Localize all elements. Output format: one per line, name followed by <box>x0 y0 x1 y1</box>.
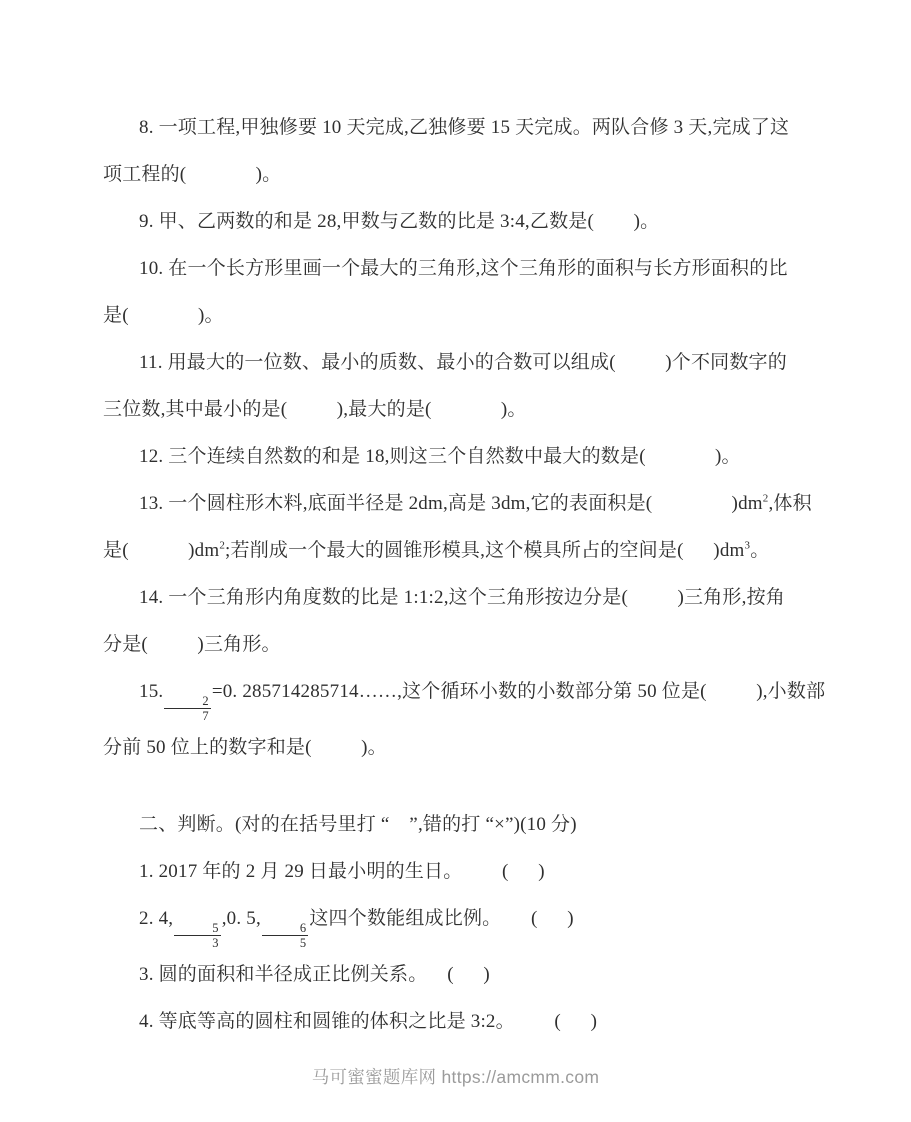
fraction-numerator: 6 <box>262 921 308 936</box>
question-13-text: 13. 一个圆柱形木料,底面半径是 2dm,高是 3dm,它的表面积是( )dm <box>139 493 763 514</box>
question-12: 12. 三个连续自然数的和是 18,则这三个自然数中最大的数是( )。 <box>103 433 833 480</box>
question-8-line-1: 8. 一项工程,甲独修要 10 天完成,乙独修要 15 天完成。两队合修 3 天… <box>103 104 833 151</box>
section-2-header: 二、判断。(对的在括号里打 “ ”,错的打 “×”)(10 分) <box>103 801 833 848</box>
question-9: 9. 甲、乙两数的和是 28,甲数与乙数的比是 3:4,乙数是( )。 <box>103 198 833 245</box>
question-13-text: ;若削成一个最大的圆锥形模具,这个模具所占的空间是( )dm <box>225 540 744 561</box>
judge-item-1: 1. 2017 年的 2 月 29 日最小明的生日。 ( ) <box>103 848 833 895</box>
fraction-denominator: 5 <box>262 936 308 950</box>
fraction-six-fifths: 65 <box>262 921 308 951</box>
question-11-line-2: 三位数,其中最小的是( ),最大的是( )。 <box>103 386 833 433</box>
fraction-denominator: 3 <box>174 936 220 950</box>
question-10-line-2: 是( )。 <box>103 292 833 339</box>
question-11-line-1: 11. 用最大的一位数、最小的质数、最小的合数可以组成( )个不同数字的 <box>103 339 833 386</box>
question-15-number: 15. <box>139 681 163 702</box>
question-13-tail: 。 <box>750 540 769 561</box>
question-13-line-2: 是( )dm2;若削成一个最大的圆锥形模具,这个模具所占的空间是( )dm3。 <box>103 527 833 574</box>
judge-item-2-prefix: 2. 4, <box>139 908 173 929</box>
question-15-text: =0. 285714285714……,这个循环小数的小数部分第 50 位是( )… <box>212 681 825 702</box>
fraction-two-sevenths: 27 <box>164 694 210 724</box>
judge-item-2: 2. 4,53,0. 5,65这四个数能组成比例。 ( ) <box>103 895 833 951</box>
question-13-line-1: 13. 一个圆柱形木料,底面半径是 2dm,高是 3dm,它的表面积是( )dm… <box>103 480 833 527</box>
question-13-tail: ,体积 <box>768 493 811 514</box>
question-15-line-1: 15.27=0. 285714285714……,这个循环小数的小数部分第 50 … <box>103 668 833 724</box>
judge-item-3: 3. 圆的面积和半径成正比例关系。 ( ) <box>103 951 833 998</box>
judge-item-2-tail: 这四个数能组成比例。 ( ) <box>309 908 573 929</box>
fraction-numerator: 5 <box>174 921 220 936</box>
question-15-line-2: 分前 50 位上的数字和是( )。 <box>103 724 833 771</box>
judge-item-2-mid: ,0. 5, <box>222 908 261 929</box>
judge-item-4: 4. 等底等高的圆柱和圆锥的体积之比是 3:2。 ( ) <box>103 998 833 1045</box>
question-14-line-2: 分是( )三角形。 <box>103 621 833 668</box>
fraction-denominator: 7 <box>164 709 210 723</box>
question-13-text: 是( )dm <box>103 540 219 561</box>
question-10-line-1: 10. 在一个长方形里画一个最大的三角形,这个三角形的面积与长方形面积的比 <box>103 245 833 292</box>
fraction-numerator: 2 <box>164 694 210 709</box>
fraction-five-thirds: 53 <box>174 921 220 951</box>
question-14-line-1: 14. 一个三角形内角度数的比是 1:1:2,这个三角形按边分是( )三角形,按… <box>103 574 833 621</box>
footer-site-credit: 马可蜜蜜题库网 https://amcmm.com <box>0 1064 911 1089</box>
question-8-line-2: 项工程的( )。 <box>103 151 833 198</box>
question-list: 8. 一项工程,甲独修要 10 天完成,乙独修要 15 天完成。两队合修 3 天… <box>0 0 911 1045</box>
exam-page: 8. 一项工程,甲独修要 10 天完成,乙独修要 15 天完成。两队合修 3 天… <box>0 0 911 1122</box>
